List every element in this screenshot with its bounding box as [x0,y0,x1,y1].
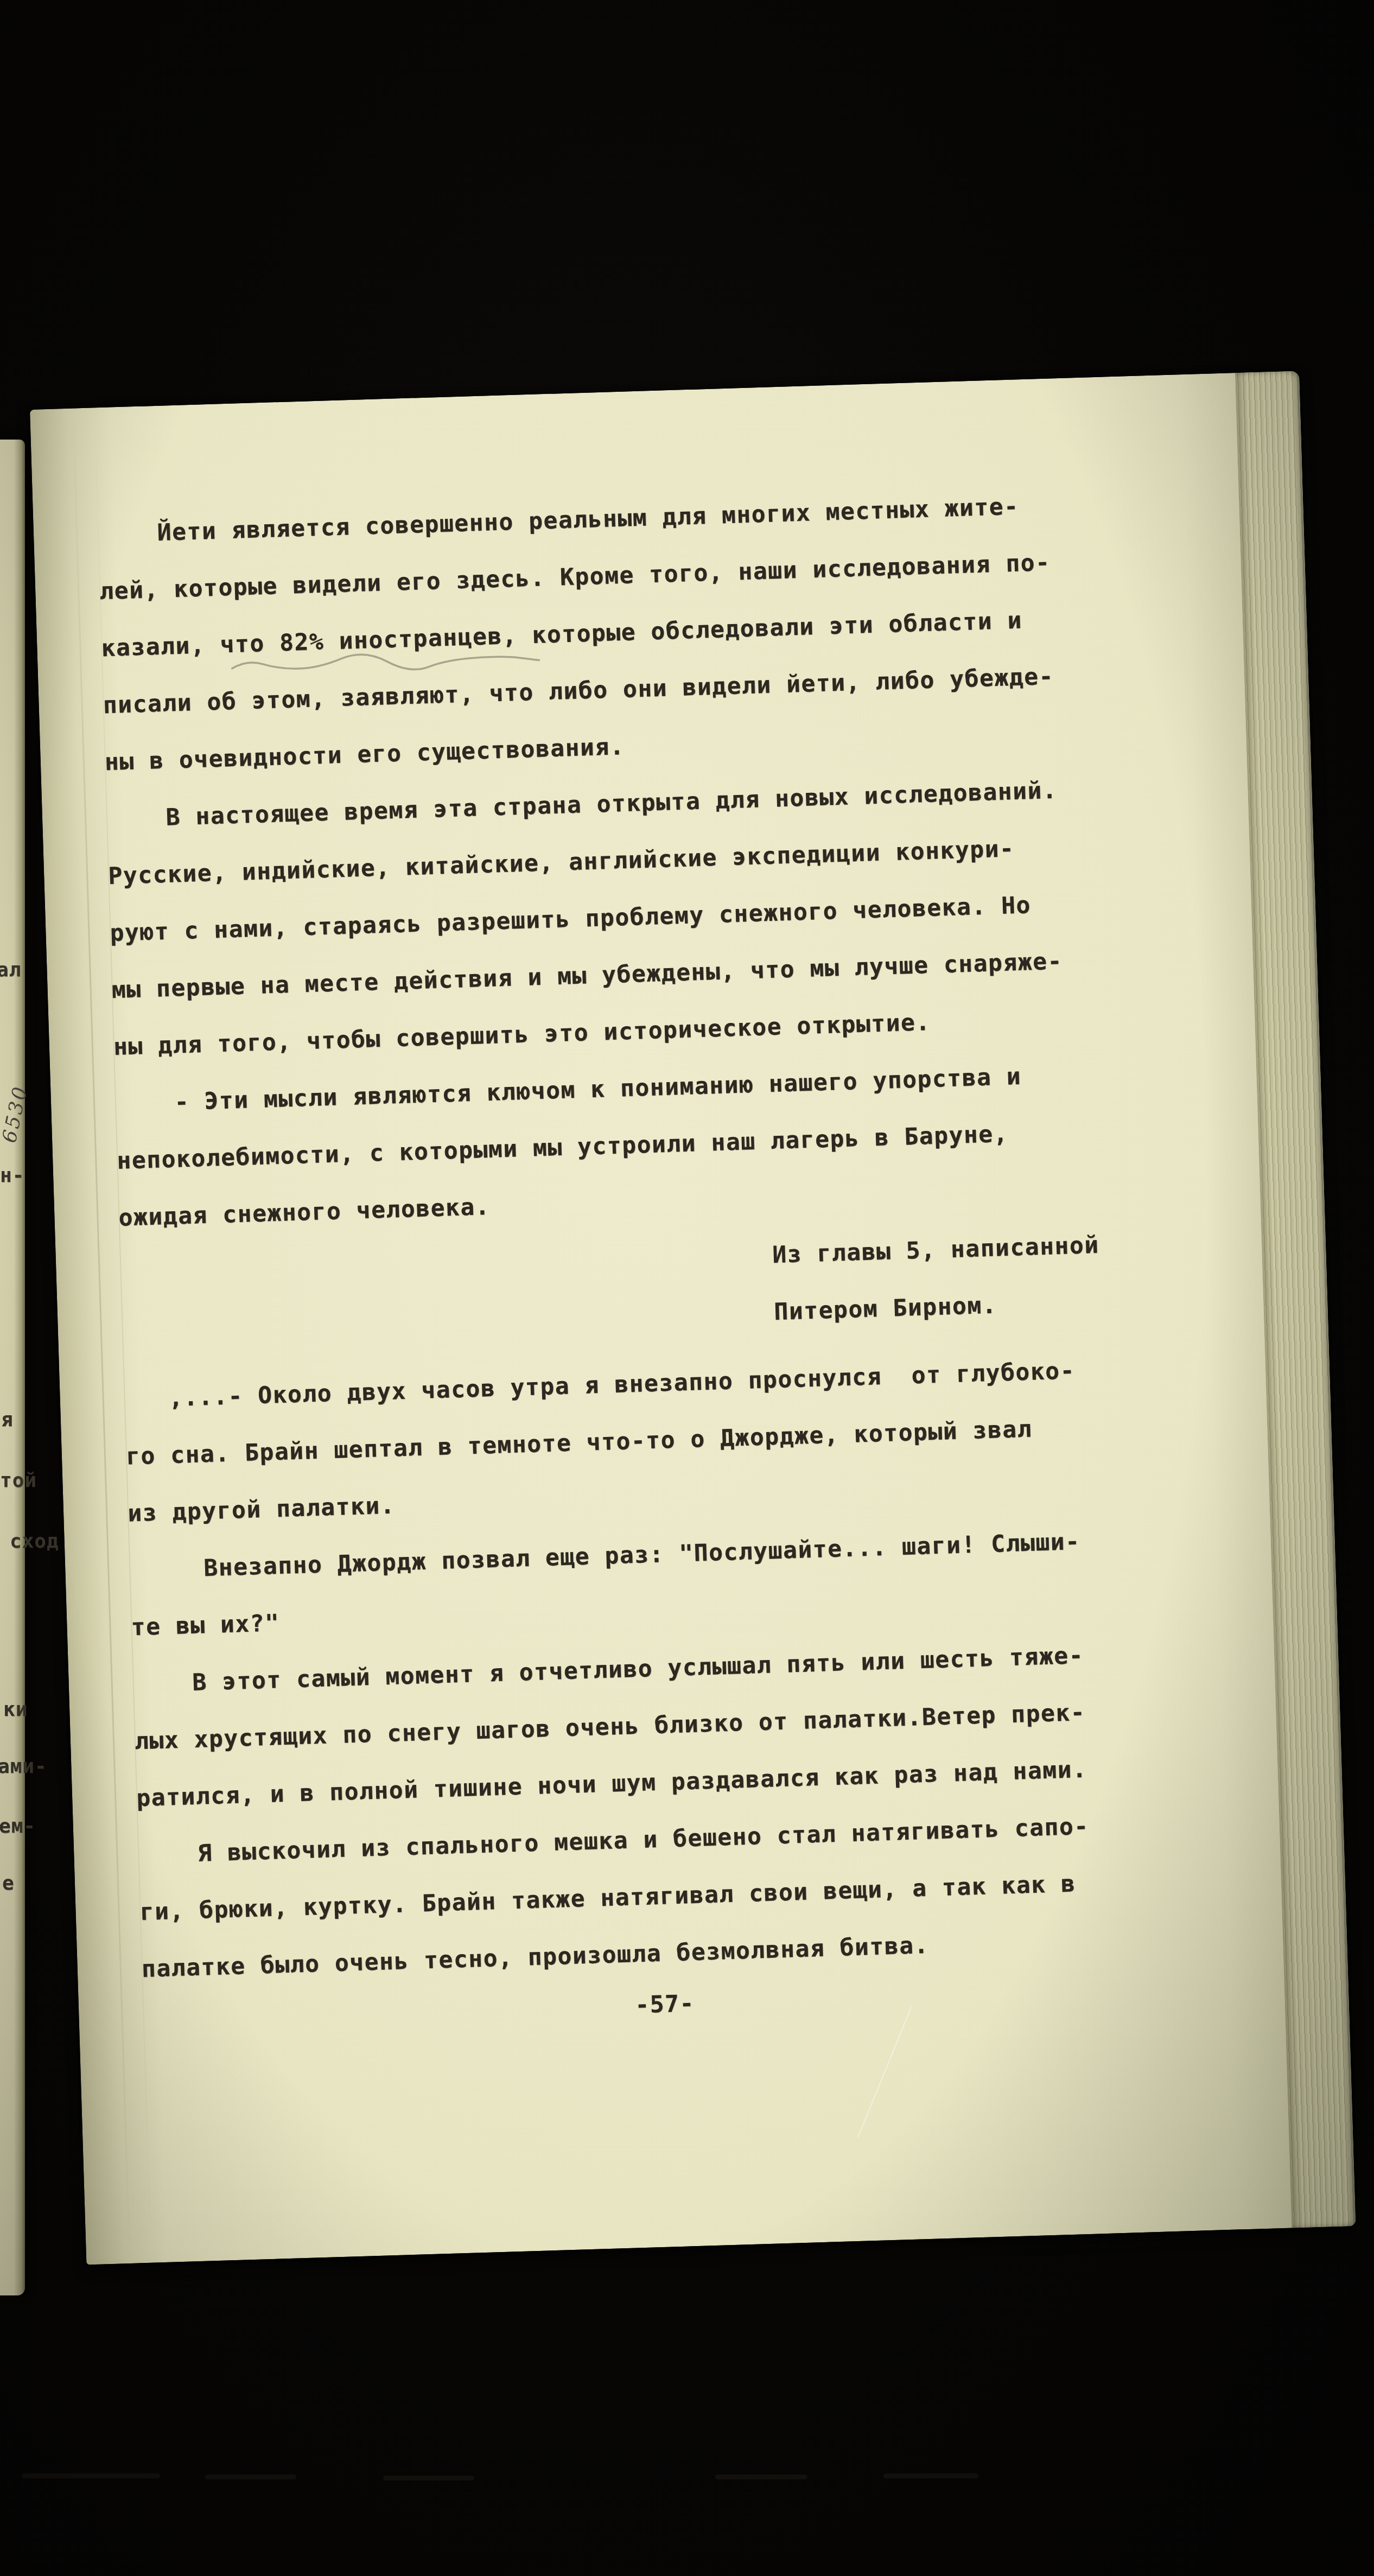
scanner-artifact-dash [883,2473,978,2478]
scanner-artifact-dash [22,2473,160,2478]
typewritten-text-block: Йети является совершенно реальным для мн… [97,477,1114,1998]
scanned-book-photo: алн-ятойсходкиами-ем-е 6530 Йети являетс… [0,0,1374,2576]
facing-page-text-fragment: сход [10,1530,59,1553]
facing-page-text-fragment: н- [0,1165,24,1187]
scanner-artifact-dash [715,2475,807,2479]
page-stack-edge [1235,371,1356,2228]
facing-page-text-fragment: я [1,1409,14,1431]
facing-page-text-fragment: ем- [0,1815,36,1837]
facing-page-edge: алн-ятойсходкиами-ем-е [0,440,25,2295]
page-number: -57- [635,1990,695,2019]
scanner-artifact-dash [383,2476,474,2480]
facing-page-text-fragment: той [0,1470,37,1492]
facing-page-text-fragment: ал [0,959,21,981]
text-line: Из главы 5, написанной [772,1217,1092,1284]
text-line: Питером Бирном. [773,1274,1094,1341]
facing-page-text-fragment: ки [3,1699,28,1721]
facing-page-text-fragment: е [2,1872,15,1894]
scanner-artifact-dash [205,2475,296,2479]
paper-scratch-mark [857,2007,912,2138]
document-page: Йети является совершенно реальным для мн… [30,371,1356,2265]
facing-page-text-fragment: ами- [0,1756,47,1778]
